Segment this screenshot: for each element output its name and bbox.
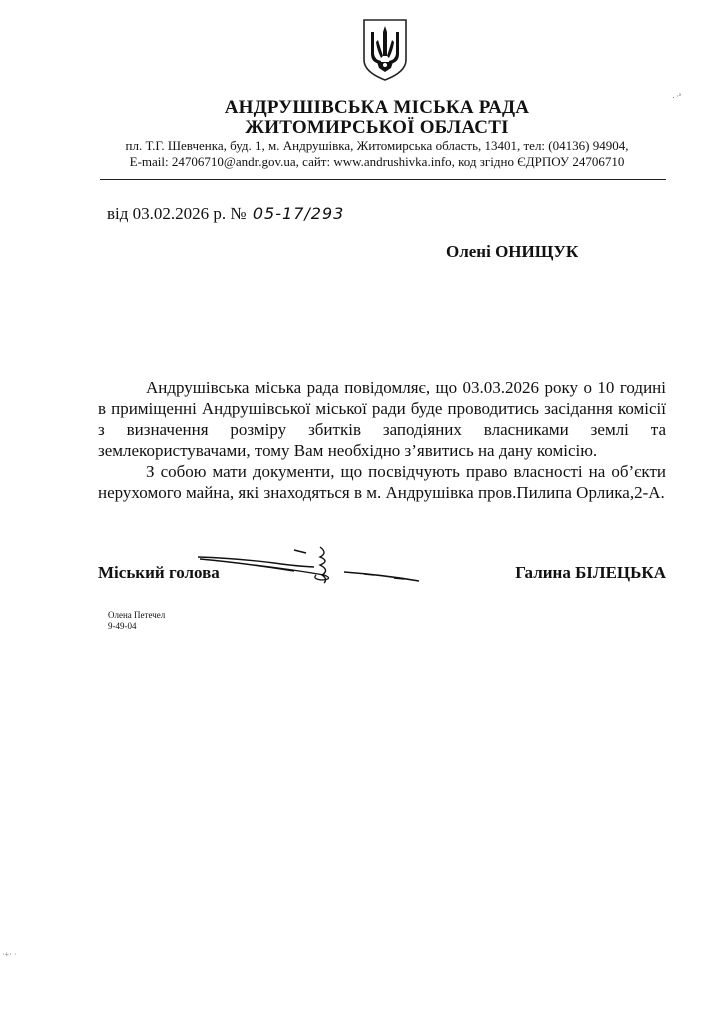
org-contact-line2: E-mail: 24706710@andr.gov.ua, сайт: www.…	[0, 154, 724, 170]
executor-info: Олена Петечел 9-49-04	[108, 610, 165, 632]
letter-body: Андрушівська міська рада повідомляє, що …	[98, 377, 666, 503]
org-name-line2: ЖИТОМИРСЬКОЇ ОБЛАСТІ	[0, 117, 724, 139]
body-paragraph: Андрушівська міська рада повідомляє, що …	[98, 377, 666, 461]
header-divider	[100, 179, 666, 180]
body-paragraph: З собою мати документи, що посвідчують п…	[98, 461, 666, 503]
signatory-name: Галина БІЛЕЦЬКА	[515, 563, 666, 583]
addressee: Олені ОНИЩУК	[446, 242, 578, 262]
org-address-line1: пл. Т.Г. Шевченка, буд. 1, м. Андрушівка…	[0, 138, 724, 154]
executor-name: Олена Петечел	[108, 610, 165, 621]
org-name-line1: АНДРУШІВСЬКА МІСЬКА РАДА	[0, 97, 724, 119]
executor-phone: 9-49-04	[108, 621, 165, 632]
reference-line: від 03.02.2026 р. № 05-17/293	[107, 204, 344, 224]
trident-coat-of-arms-icon	[356, 16, 414, 84]
reference-number-handwritten: 05-17/293	[253, 204, 344, 223]
reference-date: від 03.02.2026 р. №	[107, 204, 247, 223]
handwritten-signature-icon	[194, 545, 464, 587]
scan-artifact: ·+· ·	[2, 950, 17, 959]
